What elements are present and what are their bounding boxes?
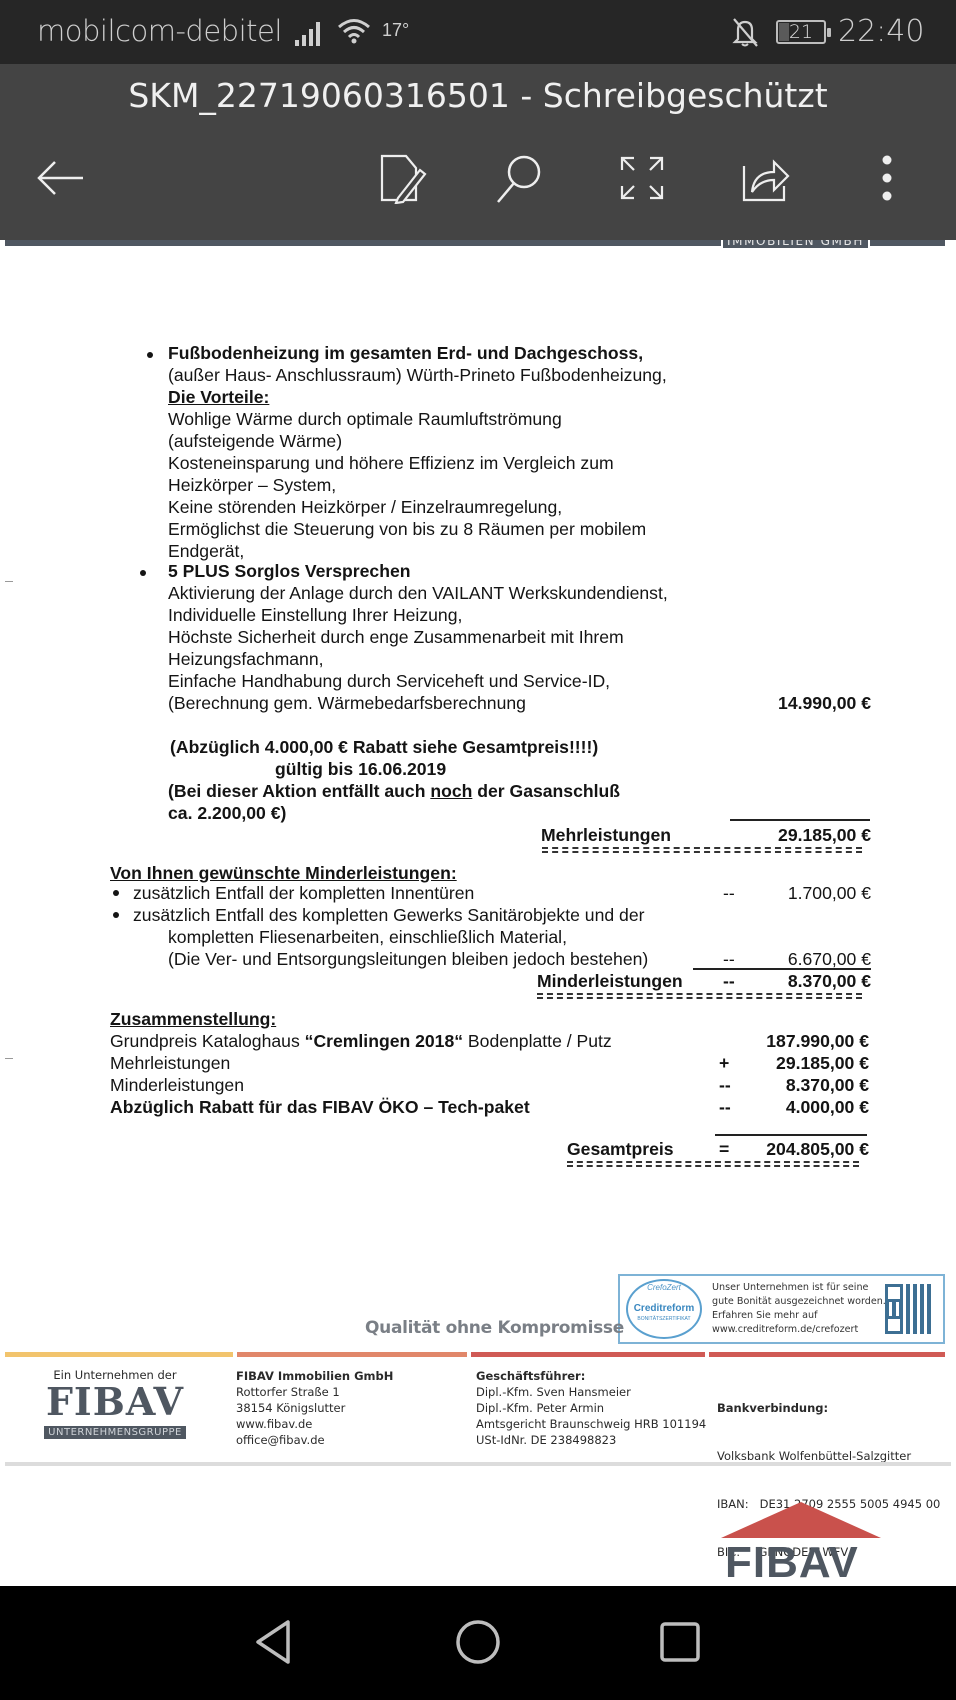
search-icon: [494, 152, 546, 204]
promo-validity: gültig bis 16.06.2019: [275, 758, 446, 780]
nav-home-button[interactable]: [448, 1614, 508, 1670]
item-line: Individuelle Einstellung Ihrer Heizung,: [168, 604, 462, 626]
document-title: SKM_22719060316501 - Schreibgeschützt: [0, 76, 956, 115]
summary-text: Bodenplatte / Putz: [463, 1031, 612, 1051]
item-line: (außer Haus- Anschlussraum) Würth-Prinet…: [168, 364, 667, 386]
footer-color-bar: [471, 1352, 705, 1357]
back-button[interactable]: [31, 148, 91, 208]
edit-button[interactable]: [372, 148, 432, 208]
reduction-sign: --: [723, 882, 735, 904]
footer-line: Dipl.-Kfm. Peter Armin: [476, 1400, 706, 1416]
promo-line: (Abzüglich 4.000,00 € Rabatt siehe Gesam…: [170, 736, 598, 758]
item-title: 5 PLUS Sorglos Versprechen: [168, 560, 411, 582]
crefozert-text: Unser Unternehmen ist für seine gute Bon…: [712, 1281, 886, 1337]
summary-amount: 29.185,00 €: [776, 1052, 869, 1074]
section-heading: Von Ihnen gewünschte Minderleistungen:: [110, 862, 457, 884]
signal-icon: [294, 20, 324, 46]
item-line: Endgerät,: [168, 540, 244, 562]
footer-line: 38154 Königslutter: [236, 1400, 393, 1416]
summary-label: Minderleistungen: [110, 1074, 244, 1096]
reduction-line: kompletten Fliesenarbeiten, einschließli…: [168, 926, 567, 948]
item-line: Höchste Sicherheit durch enge Zusammenar…: [168, 626, 624, 648]
search-button[interactable]: [490, 148, 550, 208]
roof-shape-icon: [721, 1502, 881, 1538]
scan-mark: [5, 1058, 13, 1059]
nav-home-circle-icon: [454, 1618, 502, 1666]
crefo-line: www.creditreform.de/crefozert: [712, 1323, 886, 1337]
total-rule: [715, 1134, 867, 1136]
slogan: Qualität ohne Kompromisse: [365, 1318, 624, 1338]
next-page-logo: FIBAV: [721, 1502, 891, 1586]
bullet: [140, 570, 146, 576]
document-page: IMMOBILIEN GMBH Fußbodenheizung im gesam…: [5, 240, 951, 1586]
item-line: Heizungsfachmann,: [168, 648, 324, 670]
subtotal-amount: 29.185,00 €: [778, 824, 871, 846]
status-bar: mobilcom-debitel 17° 21 22:40: [0, 0, 956, 64]
subtotal-label: Minderleistungen: [537, 970, 683, 992]
double-underline: [542, 847, 862, 853]
item-line: Kosteneinsparung und höhere Effizienz im…: [168, 452, 614, 474]
page-separator: [5, 1462, 951, 1466]
footer-line: Rottorfer Straße 1: [236, 1384, 393, 1400]
footer-line: USt-IdNr. DE 238498823: [476, 1432, 706, 1448]
nav-recents-button[interactable]: [650, 1614, 710, 1670]
double-underline: [567, 1161, 859, 1167]
subtotal-sign: --: [723, 970, 735, 992]
edit-document-icon: [376, 152, 428, 204]
crefo-line: gute Bonität ausgezeichnet worden.: [712, 1295, 886, 1309]
group-logo-word: FIBAV: [35, 1382, 195, 1422]
document-viewer[interactable]: IMMOBILIEN GMBH Fußbodenheizung im gesam…: [0, 240, 956, 1586]
summary-amount: 187.990,00 €: [766, 1030, 869, 1052]
bullet: [147, 352, 153, 358]
navigation-bar: [0, 1586, 956, 1700]
group-logo-subtitle: UNTERNEHMENSGRUPPE: [44, 1426, 186, 1439]
section-heading: Zusammenstellung:: [110, 1008, 276, 1030]
more-vertical-icon: [861, 152, 913, 204]
scan-mark: [5, 581, 13, 582]
footer-line: www.fibav.de: [236, 1416, 393, 1432]
reduction-line: zusätzlich Entfall der kompletten Innent…: [133, 882, 474, 904]
summary-sign: --: [719, 1074, 731, 1096]
fullscreen-button[interactable]: [612, 148, 672, 208]
footer-line: Amtsgericht Braunschweig HRB 101194: [476, 1416, 706, 1432]
item-line: (Berechnung gem. Wärmebedarfsberechnung: [168, 692, 526, 714]
nav-recents-square-icon: [658, 1620, 702, 1664]
item-line: Heizkörper – System,: [168, 474, 336, 496]
share-button[interactable]: [734, 148, 794, 208]
summary-sign: +: [719, 1052, 729, 1074]
crefo-line: Unser Unternehmen ist für seine: [712, 1281, 886, 1295]
nav-back-button[interactable]: [244, 1614, 304, 1670]
reduction-amount: 1.700,00 €: [788, 882, 871, 904]
crefo-line: Erfahren Sie mehr auf: [712, 1309, 886, 1323]
total-amount: 204.805,00 €: [766, 1138, 869, 1160]
promo-line: (Bei dieser Aktion entfällt auch noch de…: [168, 780, 620, 802]
item-amount: 14.990,00 €: [778, 692, 871, 714]
total-sign: =: [719, 1138, 729, 1160]
summary-sign: --: [719, 1096, 731, 1118]
logo-word: FIBAV: [725, 1538, 859, 1586]
reduction-amount: 6.670,00 €: [788, 948, 871, 970]
footer-line: Dipl.-Kfm. Sven Hansmeier: [476, 1384, 706, 1400]
company-address: FIBAV Immobilien GmbH Rottorfer Straße 1…: [236, 1368, 393, 1448]
promo-text: (Bei dieser Aktion entfällt auch: [168, 781, 430, 801]
app-bar: SKM_22719060316501 - Schreibgeschützt: [0, 64, 956, 240]
letterhead-tag: IMMOBILIEN GMBH: [721, 240, 870, 248]
creditreform-seal: CrefoZert Creditreform BONITÄTSZERTIFIKA…: [626, 1279, 702, 1339]
item-line: Einfache Handhabung durch Serviceheft un…: [168, 670, 610, 692]
wifi-icon: [336, 16, 372, 46]
double-underline: [537, 993, 862, 999]
seal-subtitle: BONITÄTSZERTIFIKAT: [628, 1316, 700, 1322]
subtotal-rule: [730, 819, 870, 821]
footer-heading: Bankverbindung:: [717, 1400, 940, 1416]
item-line: Keine störenden Heizkörper / Einzelraumr…: [168, 496, 562, 518]
total-label: Gesamtpreis: [567, 1138, 674, 1160]
clock: 22:40: [838, 14, 924, 49]
notifications-muted-icon: [730, 16, 760, 48]
subtotal-label: Mehrleistungen: [541, 824, 671, 846]
advantages-label: Die Vorteile:: [168, 386, 269, 408]
summary-label: Grundpreis Kataloghaus “Cremlingen 2018“…: [110, 1030, 612, 1052]
arrow-left-icon: [35, 152, 87, 204]
temperature: 17°: [382, 20, 409, 41]
footer-color-bar: [5, 1352, 233, 1357]
footer-heading: Geschäftsführer:: [476, 1368, 706, 1384]
reduction-sign: --: [723, 948, 735, 970]
subtotal-amount: 8.370,00 €: [788, 970, 871, 992]
carrier-name: mobilcom-debitel: [37, 14, 282, 48]
summary-label: Mehrleistungen: [110, 1052, 230, 1074]
share-icon: [738, 152, 790, 204]
item-line: Ermöglichst die Steuerung von bis zu 8 R…: [168, 518, 646, 540]
crefozert-badge: CrefoZert Creditreform BONITÄTSZERTIFIKA…: [618, 1274, 945, 1344]
promo-emphasis: noch: [430, 781, 472, 801]
management-info: Geschäftsführer: Dipl.-Kfm. Sven Hansmei…: [476, 1368, 706, 1448]
footer-line: office@fibav.de: [236, 1432, 393, 1448]
item-title: Fußbodenheizung im gesamten Erd- und Dac…: [168, 342, 643, 364]
summary-amount: 8.370,00 €: [786, 1074, 869, 1096]
summary-model: “Cremlingen 2018“: [305, 1031, 463, 1051]
footer-color-bar: [709, 1352, 945, 1357]
reduction-line: (Die Ver- und Entsorgungsleitungen bleib…: [168, 948, 648, 970]
summary-text: Grundpreis Kataloghaus: [110, 1031, 305, 1051]
battery-icon: 21: [776, 20, 826, 44]
qr-code-icon: [885, 1284, 933, 1334]
promo-text: der Gasanschluß: [472, 781, 620, 801]
battery-percent: 21: [778, 21, 824, 43]
expand-icon: [616, 152, 668, 204]
summary-label: Abzüglich Rabatt für das FIBAV ÖKO – Tec…: [110, 1096, 530, 1118]
item-line: (aufsteigende Wärme): [168, 430, 342, 452]
promo-line: ca. 2.200,00 €): [168, 802, 286, 824]
seal-name: Creditreform: [628, 1303, 700, 1314]
item-line: Aktivierung der Anlage durch den VAILANT…: [168, 582, 668, 604]
bullet: [113, 890, 119, 896]
group-logo: Ein Unternehmen der FIBAV UNTERNEHMENSGR…: [35, 1368, 195, 1440]
seal-title: CrefoZert: [628, 1283, 700, 1292]
bullet: [113, 912, 119, 918]
footer-color-bar: [237, 1352, 467, 1357]
summary-amount: 4.000,00 €: [786, 1096, 869, 1118]
more-options-button[interactable]: [857, 148, 917, 208]
reduction-line: zusätzlich Entfall des kompletten Gewerk…: [133, 904, 644, 926]
footer-heading: FIBAV Immobilien GmbH: [236, 1368, 393, 1384]
nav-back-triangle-icon: [252, 1618, 296, 1666]
item-line: Wohlige Wärme durch optimale Raumluftstr…: [168, 408, 562, 430]
